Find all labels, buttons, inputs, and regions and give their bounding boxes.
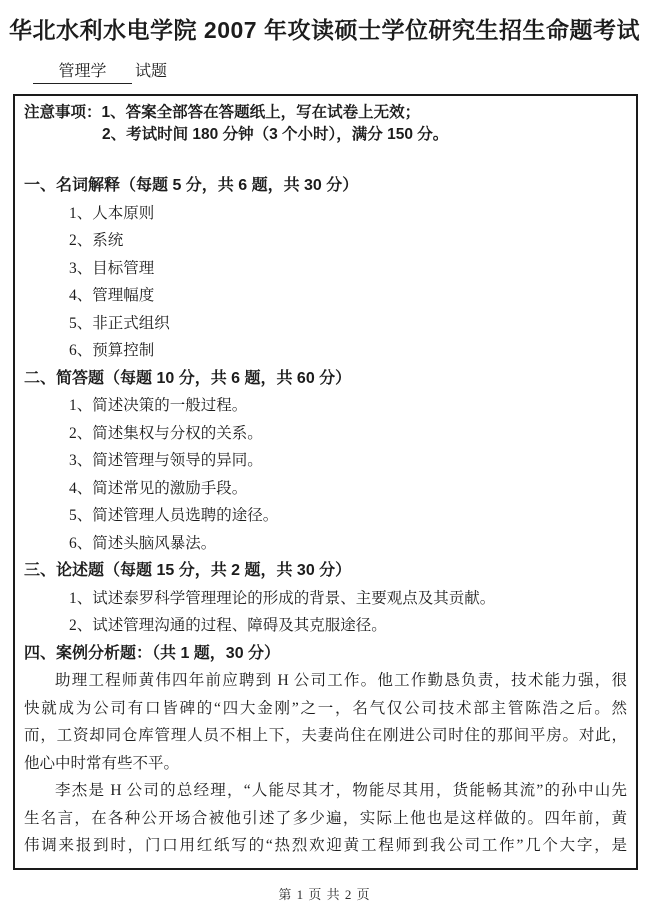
question-item: 5、简述管理人员选聘的途径。 xyxy=(24,502,627,530)
case-paragraph-line: 伟调来报到时，门口用红纸写的“热烈欢迎黄工程师到我公司工作”几个大字，是 xyxy=(24,832,627,860)
section-3-heading: 三、论述题（每题 15 分，共 2 题，共 30 分） xyxy=(24,557,627,585)
question-item: 1、试述泰罗科学管理理论的形成的背景、主要观点及其贡献。 xyxy=(24,585,627,613)
question-item: 3、简述管理与领导的异同。 xyxy=(24,447,627,475)
question-item: 4、管理幅度 xyxy=(24,282,627,310)
question-item: 2、系统 xyxy=(24,227,627,255)
exam-content-box: 注意事项：1、答案全部答在答题纸上，写在试卷上无效； 2、考试时间 180 分钟… xyxy=(13,94,638,870)
section-1-heading: 一、名词解释（每题 5 分，共 6 题，共 30 分） xyxy=(24,172,627,200)
subject-line: 管理学试题 xyxy=(33,61,649,84)
subject-name: 管理学 xyxy=(58,63,106,80)
question-item: 4、简述常见的激励手段。 xyxy=(24,475,627,503)
question-item: 6、简述头脑风暴法。 xyxy=(24,530,627,558)
case-paragraph-line: 李杰是 H 公司的总经理，“人能尽其才，物能尽其用，货能畅其流”的孙中山先 xyxy=(24,777,627,805)
question-item: 1、人本原则 xyxy=(24,200,627,228)
case-paragraph-line: 生名言，在各种公开场合被他引述了多少遍，实际上他也是这样做的。四年前，黄 xyxy=(24,805,627,833)
page-number-footer: 第 1 页 共 2 页 xyxy=(0,884,649,903)
exam-paper-page: 华北水利水电学院 2007 年攻读硕士学位研究生招生命题考试 管理学试题 注意事… xyxy=(0,0,649,915)
notice-item-1: 1、答案全部答在答题纸上，写在试卷上无效； xyxy=(102,104,421,121)
question-item: 6、预算控制 xyxy=(24,337,627,365)
section-2-heading: 二、简答题（每题 10 分，共 6 题，共 60 分） xyxy=(24,365,627,393)
case-paragraph-line: 助理工程师黄伟四年前应聘到 H 公司工作。他工作勤恳负责，技术能力强，很 xyxy=(24,667,627,695)
question-item: 1、简述决策的一般过程。 xyxy=(24,392,627,420)
subject-blank-underline: 管理学 xyxy=(33,61,132,84)
case-paragraph-line: 快就成为公司有口皆碑的“四大金刚”之一，名气仅公司技术部主管陈浩之后。然 xyxy=(24,695,627,723)
section-4-heading: 四、案例分析题：（共 1 题，30 分） xyxy=(24,640,627,668)
spacer xyxy=(24,146,627,172)
question-item: 3、目标管理 xyxy=(24,255,627,283)
notice-section: 注意事项：1、答案全部答在答题纸上，写在试卷上无效； 2、考试时间 180 分钟… xyxy=(24,102,627,146)
notice-label: 注意事项： xyxy=(24,104,102,121)
page-title: 华北水利水电学院 2007 年攻读硕士学位研究生招生命题考试 xyxy=(0,0,649,45)
notice-item-2: 2、考试时间 180 分钟（3 个小时），满分 150 分。 xyxy=(24,124,627,146)
question-item: 2、试述管理沟通的过程、障碍及其克服途径。 xyxy=(24,612,627,640)
case-paragraph-line: 他心中时常有些不平。 xyxy=(24,750,627,778)
subject-suffix: 试题 xyxy=(135,63,167,80)
question-item: 2、简述集权与分权的关系。 xyxy=(24,420,627,448)
notice-line-1: 注意事项：1、答案全部答在答题纸上，写在试卷上无效； xyxy=(24,102,627,124)
case-paragraph-line: 而，工资却同仓库管理人员不相上下，夫妻尚住在刚进公司时住的那间平房。对此， xyxy=(24,722,627,750)
question-item: 5、非正式组织 xyxy=(24,310,627,338)
